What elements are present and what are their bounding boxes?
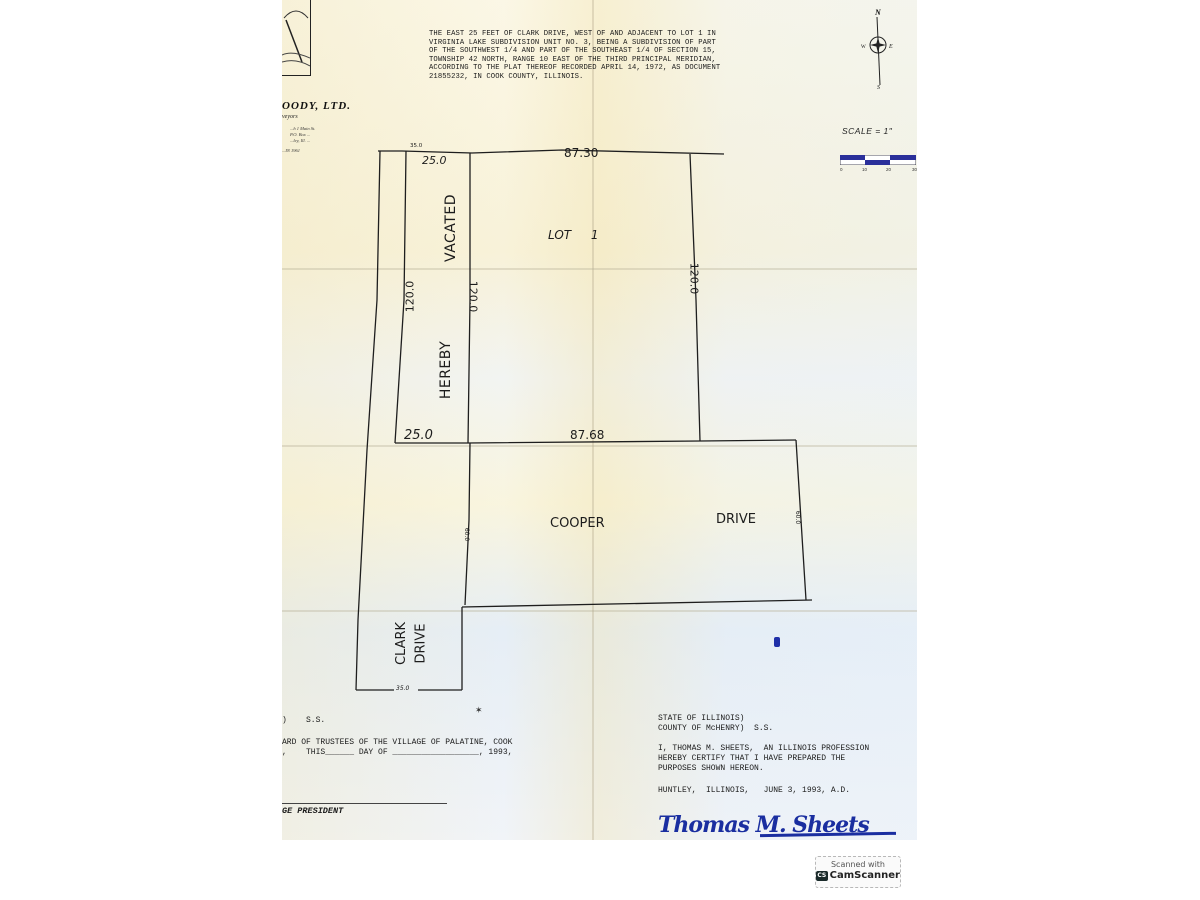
cooper-drive-west-width: 60.0 bbox=[463, 528, 470, 541]
village-ss: ) S.S. bbox=[282, 716, 512, 726]
surveyor-cert-line3: PURPOSES SHOWN HEREON. bbox=[658, 764, 869, 774]
cooper-drive-east-width: 60.0 bbox=[794, 511, 801, 524]
lot-label: LOT 1 bbox=[548, 228, 599, 242]
camscanner-logo-icon: CS bbox=[816, 871, 828, 881]
clark-drive-label-line1: CLARK bbox=[394, 622, 409, 665]
cooper-drive-label-right: DRIVE bbox=[716, 512, 756, 527]
lot-east-depth: 120.0 bbox=[687, 263, 700, 295]
camscanner-watermark: Scanned with CS CamScanner bbox=[815, 856, 901, 888]
vacated-label: VACATED bbox=[443, 194, 459, 262]
surveyor-place-date: HUNTLEY, ILLINOIS, JUNE 3, 1993, A.D. bbox=[658, 786, 869, 796]
vacated-strip-left-depth: 120.0 bbox=[403, 281, 416, 313]
signature-line bbox=[282, 803, 447, 804]
ink-mark bbox=[774, 637, 780, 647]
village-certificate: ) S.S. ARD OF TRUSTEES OF THE VILLAGE OF… bbox=[282, 716, 512, 758]
vacated-strip-top-width: 25.0 bbox=[422, 154, 447, 167]
clark-drive-label-line2: DRIVE bbox=[413, 624, 428, 664]
village-cert-line2: , THIS______ DAY OF __________________, … bbox=[282, 748, 512, 758]
clark-drive-width: 35.0 bbox=[396, 685, 409, 692]
lot-top-frontage: 87.30 bbox=[564, 146, 598, 160]
surveyor-state: STATE OF ILLINOIS) bbox=[658, 714, 869, 724]
surveyor-county: COUNTY OF McHENRY) S.S. bbox=[658, 724, 869, 734]
watermark-brand: CamScanner bbox=[830, 870, 900, 881]
watermark-caption: Scanned with bbox=[816, 860, 900, 869]
scanned-plat-document: OODY, LTD. veyors ...h 1 Main St. P.O. B… bbox=[282, 0, 917, 840]
vacated-strip-right-depth: 120.0 bbox=[466, 281, 479, 313]
cooper-drive-label-left: COOPER bbox=[550, 516, 605, 531]
lot-bottom-frontage: 87.68 bbox=[570, 428, 604, 442]
village-cert-line1: ARD OF TRUSTEES OF THE VILLAGE OF PALATI… bbox=[282, 738, 512, 748]
village-president-title: GE PRESIDENT bbox=[282, 806, 343, 816]
surveyor-cert-line2: HEREBY CERTIFY THAT I HAVE PREPARED THE bbox=[658, 754, 869, 764]
hereby-label: HEREBY bbox=[438, 341, 454, 399]
top-strip-dimension: 35.0 bbox=[410, 143, 422, 149]
surveyor-cert-line1: I, THOMAS M. SHEETS, AN ILLINOIS PROFESS… bbox=[658, 744, 869, 754]
ink-mark: ✶ bbox=[475, 705, 483, 713]
vacated-strip-bottom-width: 25.0 bbox=[404, 428, 433, 443]
surveyor-certificate: STATE OF ILLINOIS) COUNTY OF McHENRY) S.… bbox=[658, 714, 869, 796]
